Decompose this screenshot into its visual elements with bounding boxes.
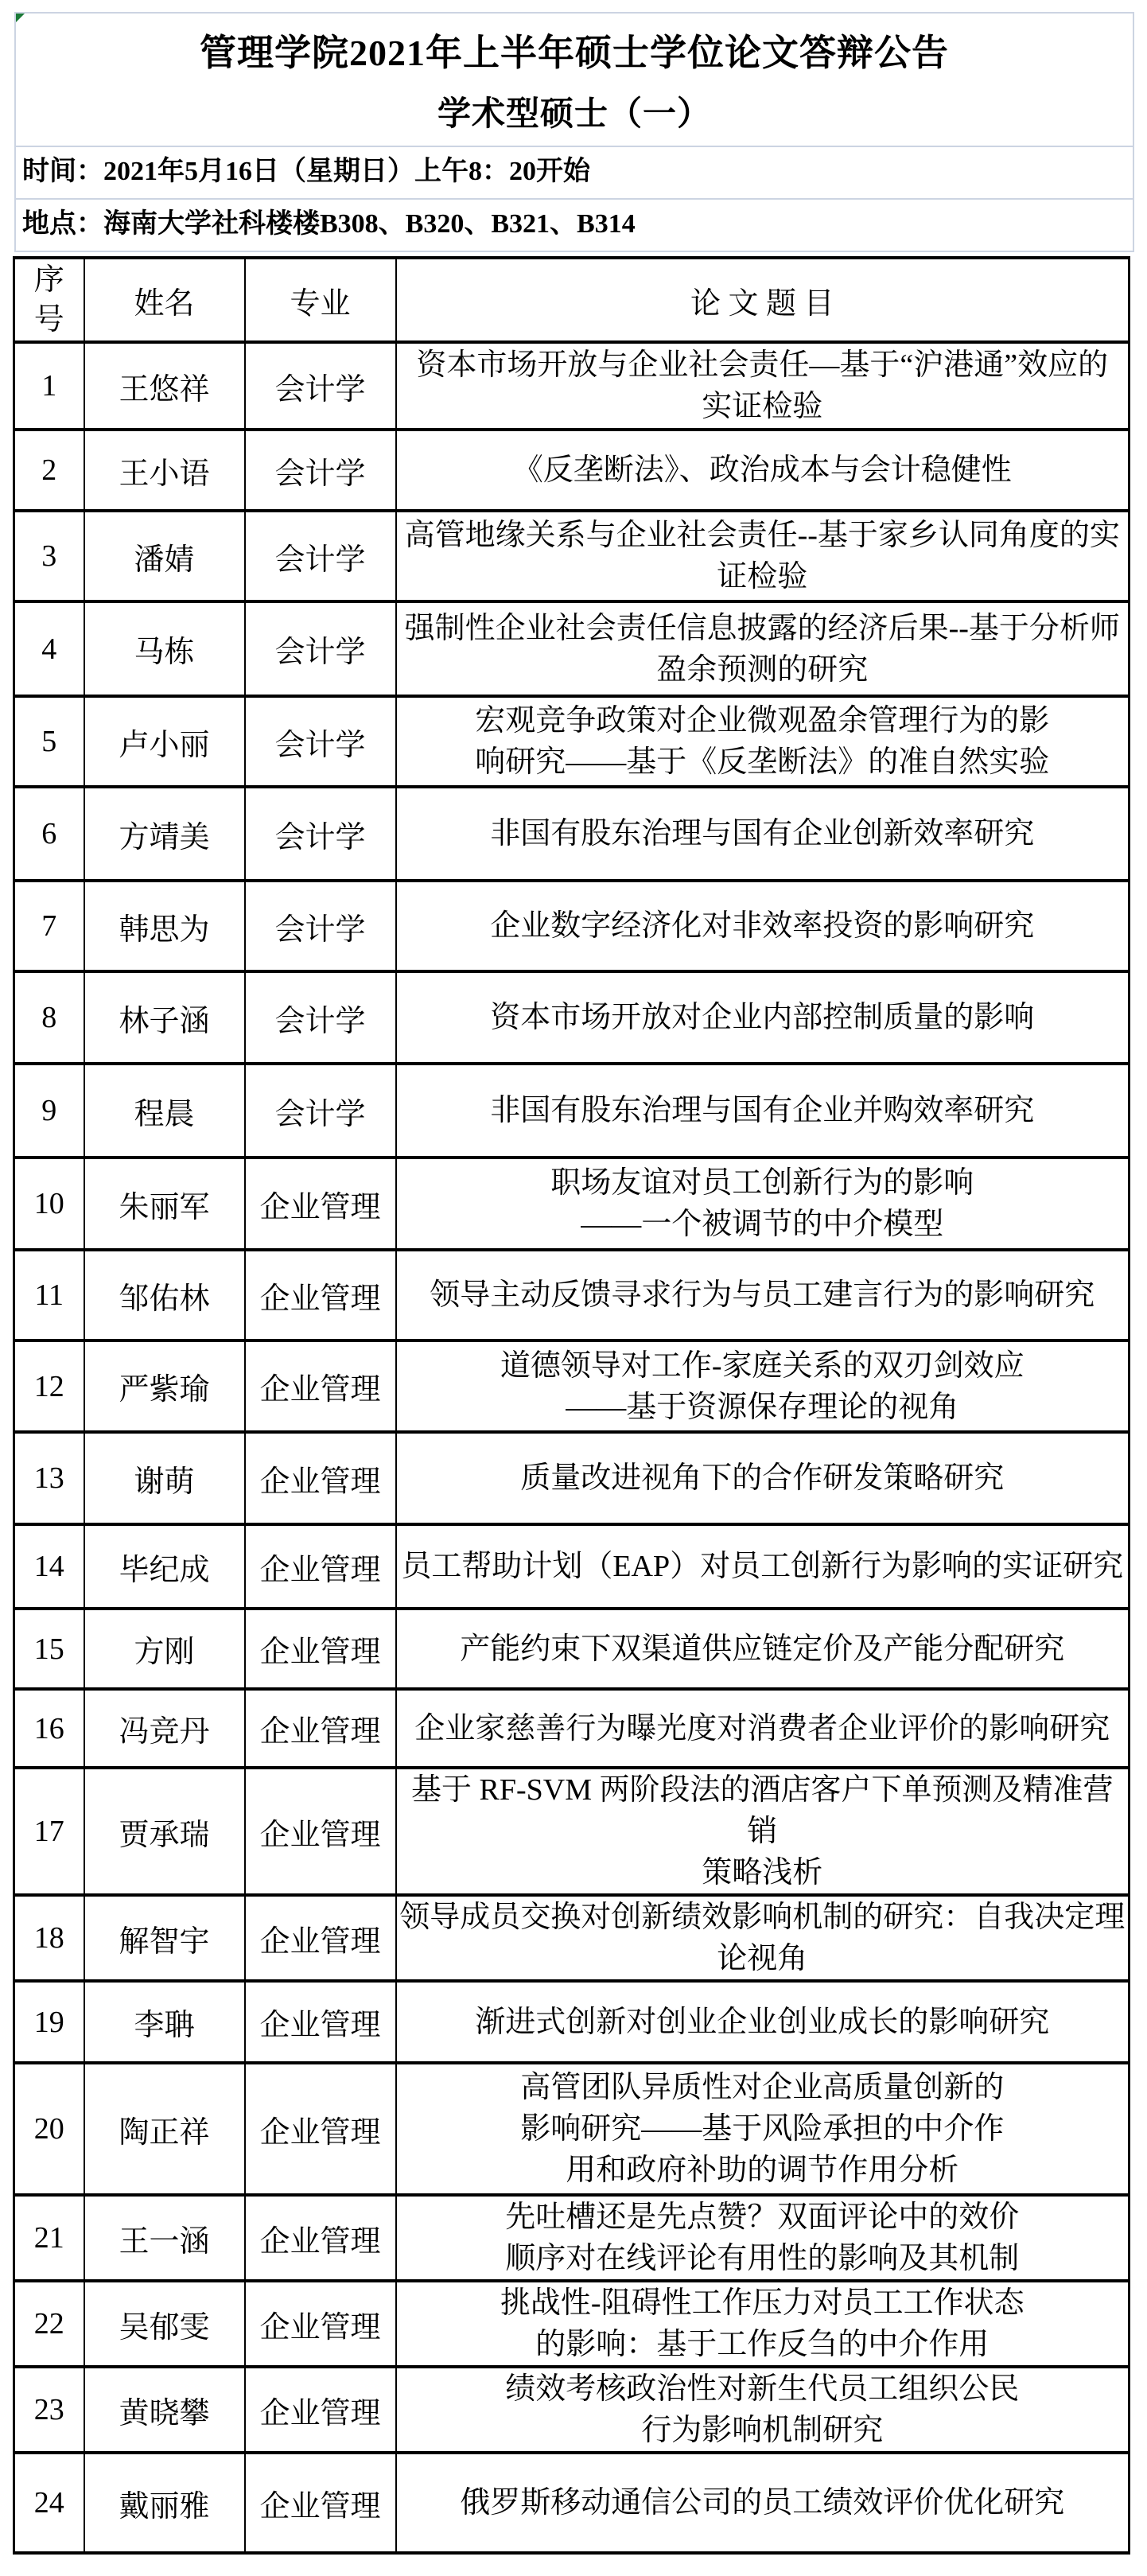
cell-major: 企业管理 [245,1341,396,1432]
table-row: 19李聃企业管理渐进式创新对创业企业创业成长的影响研究 [14,1981,1130,2063]
table-row: 20陶正祥企业管理高管团队异质性对企业高质量创新的 影响研究——基于风险承担的中… [14,2063,1130,2195]
cell-major: 企业管理 [245,1250,396,1341]
cell-major: 会计学 [245,601,396,696]
table-row: 2王小语会计学《反垄断法》、政治成本与会计稳健性 [14,430,1130,511]
time-row: 时间：2021年5月16日（星期日）上午8：20开始 [16,146,1133,198]
cell-thesis-title: 企业家慈善行为曝光度对消费者企业评价的影响研究 [396,1689,1130,1768]
cell-no: 21 [14,2195,84,2281]
cell-thesis-title: 领导成员交换对创新绩效影响机制的研究：自我决定理 论视角 [396,1895,1130,1981]
cell-thesis-title: 职场友谊对员工创新行为的影响 ——一个被调节的中介模型 [396,1158,1130,1250]
cell-major: 企业管理 [245,1768,396,1895]
cell-no: 18 [14,1895,84,1981]
cell-name: 陶正祥 [84,2063,245,2195]
cell-no: 22 [14,2281,84,2367]
cell-name: 冯竞丹 [84,1689,245,1768]
cell-no: 17 [14,1768,84,1895]
cell-thesis-title: 领导主动反馈寻求行为与员工建言行为的影响研究 [396,1250,1130,1341]
cell-name: 程晨 [84,1064,245,1158]
cell-major: 企业管理 [245,1524,396,1609]
cell-name: 韩思为 [84,881,245,971]
table-row: 17贾承瑞企业管理基于 RF-SVM 两阶段法的酒店客户下单预测及精准营销 策略… [14,1768,1130,1895]
cell-thesis-title: 资本市场开放与企业社会责任—基于“沪港通”效应的 实证检验 [396,342,1130,430]
cell-thesis-title: 绩效考核政治性对新生代员工组织公民 行为影响机制研究 [396,2367,1130,2453]
table-row: 3潘婧会计学高管地缘关系与企业社会责任--基于家乡认同角度的实 证检验 [14,511,1130,601]
header-name: 姓名 [84,258,245,342]
cell-thesis-title: 员工帮助计划（EAP）对员工创新行为影响的实证研究 [396,1524,1130,1609]
cell-major: 会计学 [245,971,396,1064]
cell-name: 毕纪成 [84,1524,245,1609]
cell-major: 会计学 [245,787,396,881]
cell-major: 会计学 [245,881,396,971]
cell-no: 7 [14,881,84,971]
cell-no: 16 [14,1689,84,1768]
cell-major: 会计学 [245,430,396,511]
cell-thesis-title: 基于 RF-SVM 两阶段法的酒店客户下单预测及精准营销 策略浅析 [396,1768,1130,1895]
cell-name: 林子涵 [84,971,245,1064]
cell-major: 企业管理 [245,1158,396,1250]
cell-name: 戴丽雅 [84,2453,245,2553]
table-row: 9程晨会计学非国有股东治理与国有企业并购效率研究 [14,1064,1130,1158]
cell-name: 马栋 [84,601,245,696]
location-row: 地点：海南大学社科楼楼B308、B320、B321、B314 [16,198,1133,251]
table-row: 5卢小丽会计学宏观竞争政策对企业微观盈余管理行为的影 响研究——基于《反垄断法》… [14,696,1130,787]
table-row: 18解智宇企业管理领导成员交换对创新绩效影响机制的研究：自我决定理 论视角 [14,1895,1130,1981]
table-row: 13谢萌企业管理质量改进视角下的合作研发策略研究 [14,1432,1130,1524]
cell-no: 5 [14,696,84,787]
header-no: 序 号 [14,258,84,342]
table-row: 21王一涵企业管理先吐槽还是先点赞？双面评论中的效价 顺序对在线评论有用性的影响… [14,2195,1130,2281]
cell-thesis-title: 企业数字经济化对非效率投资的影响研究 [396,881,1130,971]
table-body: 1王悠祥会计学资本市场开放与企业社会责任—基于“沪港通”效应的 实证检验2王小语… [14,342,1130,2553]
cell-name: 谢萌 [84,1432,245,1524]
cell-name: 吴郁雯 [84,2281,245,2367]
cell-no: 11 [14,1250,84,1341]
cell-major: 会计学 [245,342,396,430]
cell-name: 贾承瑞 [84,1768,245,1895]
cell-no: 6 [14,787,84,881]
cell-no: 20 [14,2063,84,2195]
cell-name: 潘婧 [84,511,245,601]
cell-no: 9 [14,1064,84,1158]
table-row: 14毕纪成企业管理员工帮助计划（EAP）对员工创新行为影响的实证研究 [14,1524,1130,1609]
announcement-header: 管理学院2021年上半年硕士学位论文答辩公告 学术型硕士（一） 时间：2021年… [14,12,1134,252]
cell-name: 黄晓攀 [84,2367,245,2453]
table-row: 15方刚企业管理产能约束下双渠道供应链定价及产能分配研究 [14,1609,1130,1689]
cell-major: 企业管理 [245,1981,396,2063]
cell-no: 1 [14,342,84,430]
title-cell: 管理学院2021年上半年硕士学位论文答辩公告 学术型硕士（一） [16,14,1133,146]
cell-no: 24 [14,2453,84,2553]
cell-thesis-title: 宏观竞争政策对企业微观盈余管理行为的影 响研究——基于《反垄断法》的准自然实验 [396,696,1130,787]
cell-major: 企业管理 [245,2063,396,2195]
page-title: 管理学院2021年上半年硕士学位论文答辩公告 [200,24,949,76]
cell-thesis-title: 渐进式创新对创业企业创业成长的影响研究 [396,1981,1130,2063]
cell-name: 邹佑林 [84,1250,245,1341]
cell-thesis-title: 非国有股东治理与国有企业创新效率研究 [396,787,1130,881]
cell-name: 王小语 [84,430,245,511]
cell-name: 朱丽军 [84,1158,245,1250]
thesis-defense-table: 序 号 姓名 专业 论 文 题 目 1王悠祥会计学资本市场开放与企业社会责任—基… [13,256,1130,2555]
cell-name: 李聃 [84,1981,245,2063]
cell-name: 王悠祥 [84,342,245,430]
cell-major: 企业管理 [245,2281,396,2367]
cell-thesis-title: 道德领导对工作-家庭关系的双刃剑效应 ——基于资源保存理论的视角 [396,1341,1130,1432]
cell-thesis-title: 质量改进视角下的合作研发策略研究 [396,1432,1130,1524]
cell-name: 方刚 [84,1609,245,1689]
page-subtitle: 学术型硕士（一） [437,88,711,135]
table-header-row: 序 号 姓名 专业 论 文 题 目 [14,258,1130,342]
cell-no: 19 [14,1981,84,2063]
cell-thesis-title: 《反垄断法》、政治成本与会计稳健性 [396,430,1130,511]
cell-no: 14 [14,1524,84,1609]
cell-no: 3 [14,511,84,601]
cell-no: 4 [14,601,84,696]
table-row: 4马栋会计学强制性企业社会责任信息披露的经济后果--基于分析师 盈余预测的研究 [14,601,1130,696]
table-row: 6方靖美会计学非国有股东治理与国有企业创新效率研究 [14,787,1130,881]
cell-thesis-title: 产能约束下双渠道供应链定价及产能分配研究 [396,1609,1130,1689]
cell-thesis-title: 资本市场开放对企业内部控制质量的影响 [396,971,1130,1064]
table-row: 7韩思为会计学企业数字经济化对非效率投资的影响研究 [14,881,1130,971]
table-row: 1王悠祥会计学资本市场开放与企业社会责任—基于“沪港通”效应的 实证检验 [14,342,1130,430]
cell-no: 10 [14,1158,84,1250]
table-row: 11邹佑林企业管理领导主动反馈寻求行为与员工建言行为的影响研究 [14,1250,1130,1341]
table-row: 23黄晓攀企业管理绩效考核政治性对新生代员工组织公民 行为影响机制研究 [14,2367,1130,2453]
cell-thesis-title: 俄罗斯移动通信公司的员工绩效评价优化研究 [396,2453,1130,2553]
cell-major: 企业管理 [245,2453,396,2553]
cell-major: 会计学 [245,696,396,787]
cell-thesis-title: 高管地缘关系与企业社会责任--基于家乡认同角度的实 证检验 [396,511,1130,601]
cell-thesis-title: 非国有股东治理与国有企业并购效率研究 [396,1064,1130,1158]
cell-major: 企业管理 [245,1895,396,1981]
table-row: 8林子涵会计学资本市场开放对企业内部控制质量的影响 [14,971,1130,1064]
cell-major: 会计学 [245,511,396,601]
cell-name: 解智宇 [84,1895,245,1981]
error-indicator-icon [16,14,25,22]
table-row: 16冯竞丹企业管理企业家慈善行为曝光度对消费者企业评价的影响研究 [14,1689,1130,1768]
table-row: 10朱丽军企业管理职场友谊对员工创新行为的影响 ——一个被调节的中介模型 [14,1158,1130,1250]
cell-no: 8 [14,971,84,1064]
cell-thesis-title: 高管团队异质性对企业高质量创新的 影响研究——基于风险承担的中介作 用和政府补助… [396,2063,1130,2195]
cell-no: 15 [14,1609,84,1689]
cell-major: 企业管理 [245,1689,396,1768]
cell-name: 王一涵 [84,2195,245,2281]
cell-major: 企业管理 [245,1432,396,1524]
cell-no: 12 [14,1341,84,1432]
cell-major: 会计学 [245,1064,396,1158]
cell-major: 企业管理 [245,2367,396,2453]
cell-name: 方靖美 [84,787,245,881]
cell-major: 企业管理 [245,1609,396,1689]
cell-name: 严紫瑜 [84,1341,245,1432]
cell-no: 23 [14,2367,84,2453]
table-row: 24戴丽雅企业管理俄罗斯移动通信公司的员工绩效评价优化研究 [14,2453,1130,2553]
table-row: 22吴郁雯企业管理挑战性-阻碍性工作压力对员工工作状态 的影响：基于工作反刍的中… [14,2281,1130,2367]
cell-major: 企业管理 [245,2195,396,2281]
cell-thesis-title: 先吐槽还是先点赞？双面评论中的效价 顺序对在线评论有用性的影响及其机制 [396,2195,1130,2281]
cell-thesis-title: 挑战性-阻碍性工作压力对员工工作状态 的影响：基于工作反刍的中介作用 [396,2281,1130,2367]
cell-no: 2 [14,430,84,511]
header-major: 专业 [245,258,396,342]
table-row: 12严紫瑜企业管理道德领导对工作-家庭关系的双刃剑效应 ——基于资源保存理论的视… [14,1341,1130,1432]
header-thesis-title: 论 文 题 目 [396,258,1130,342]
cell-no: 13 [14,1432,84,1524]
cell-thesis-title: 强制性企业社会责任信息披露的经济后果--基于分析师 盈余预测的研究 [396,601,1130,696]
cell-name: 卢小丽 [84,696,245,787]
